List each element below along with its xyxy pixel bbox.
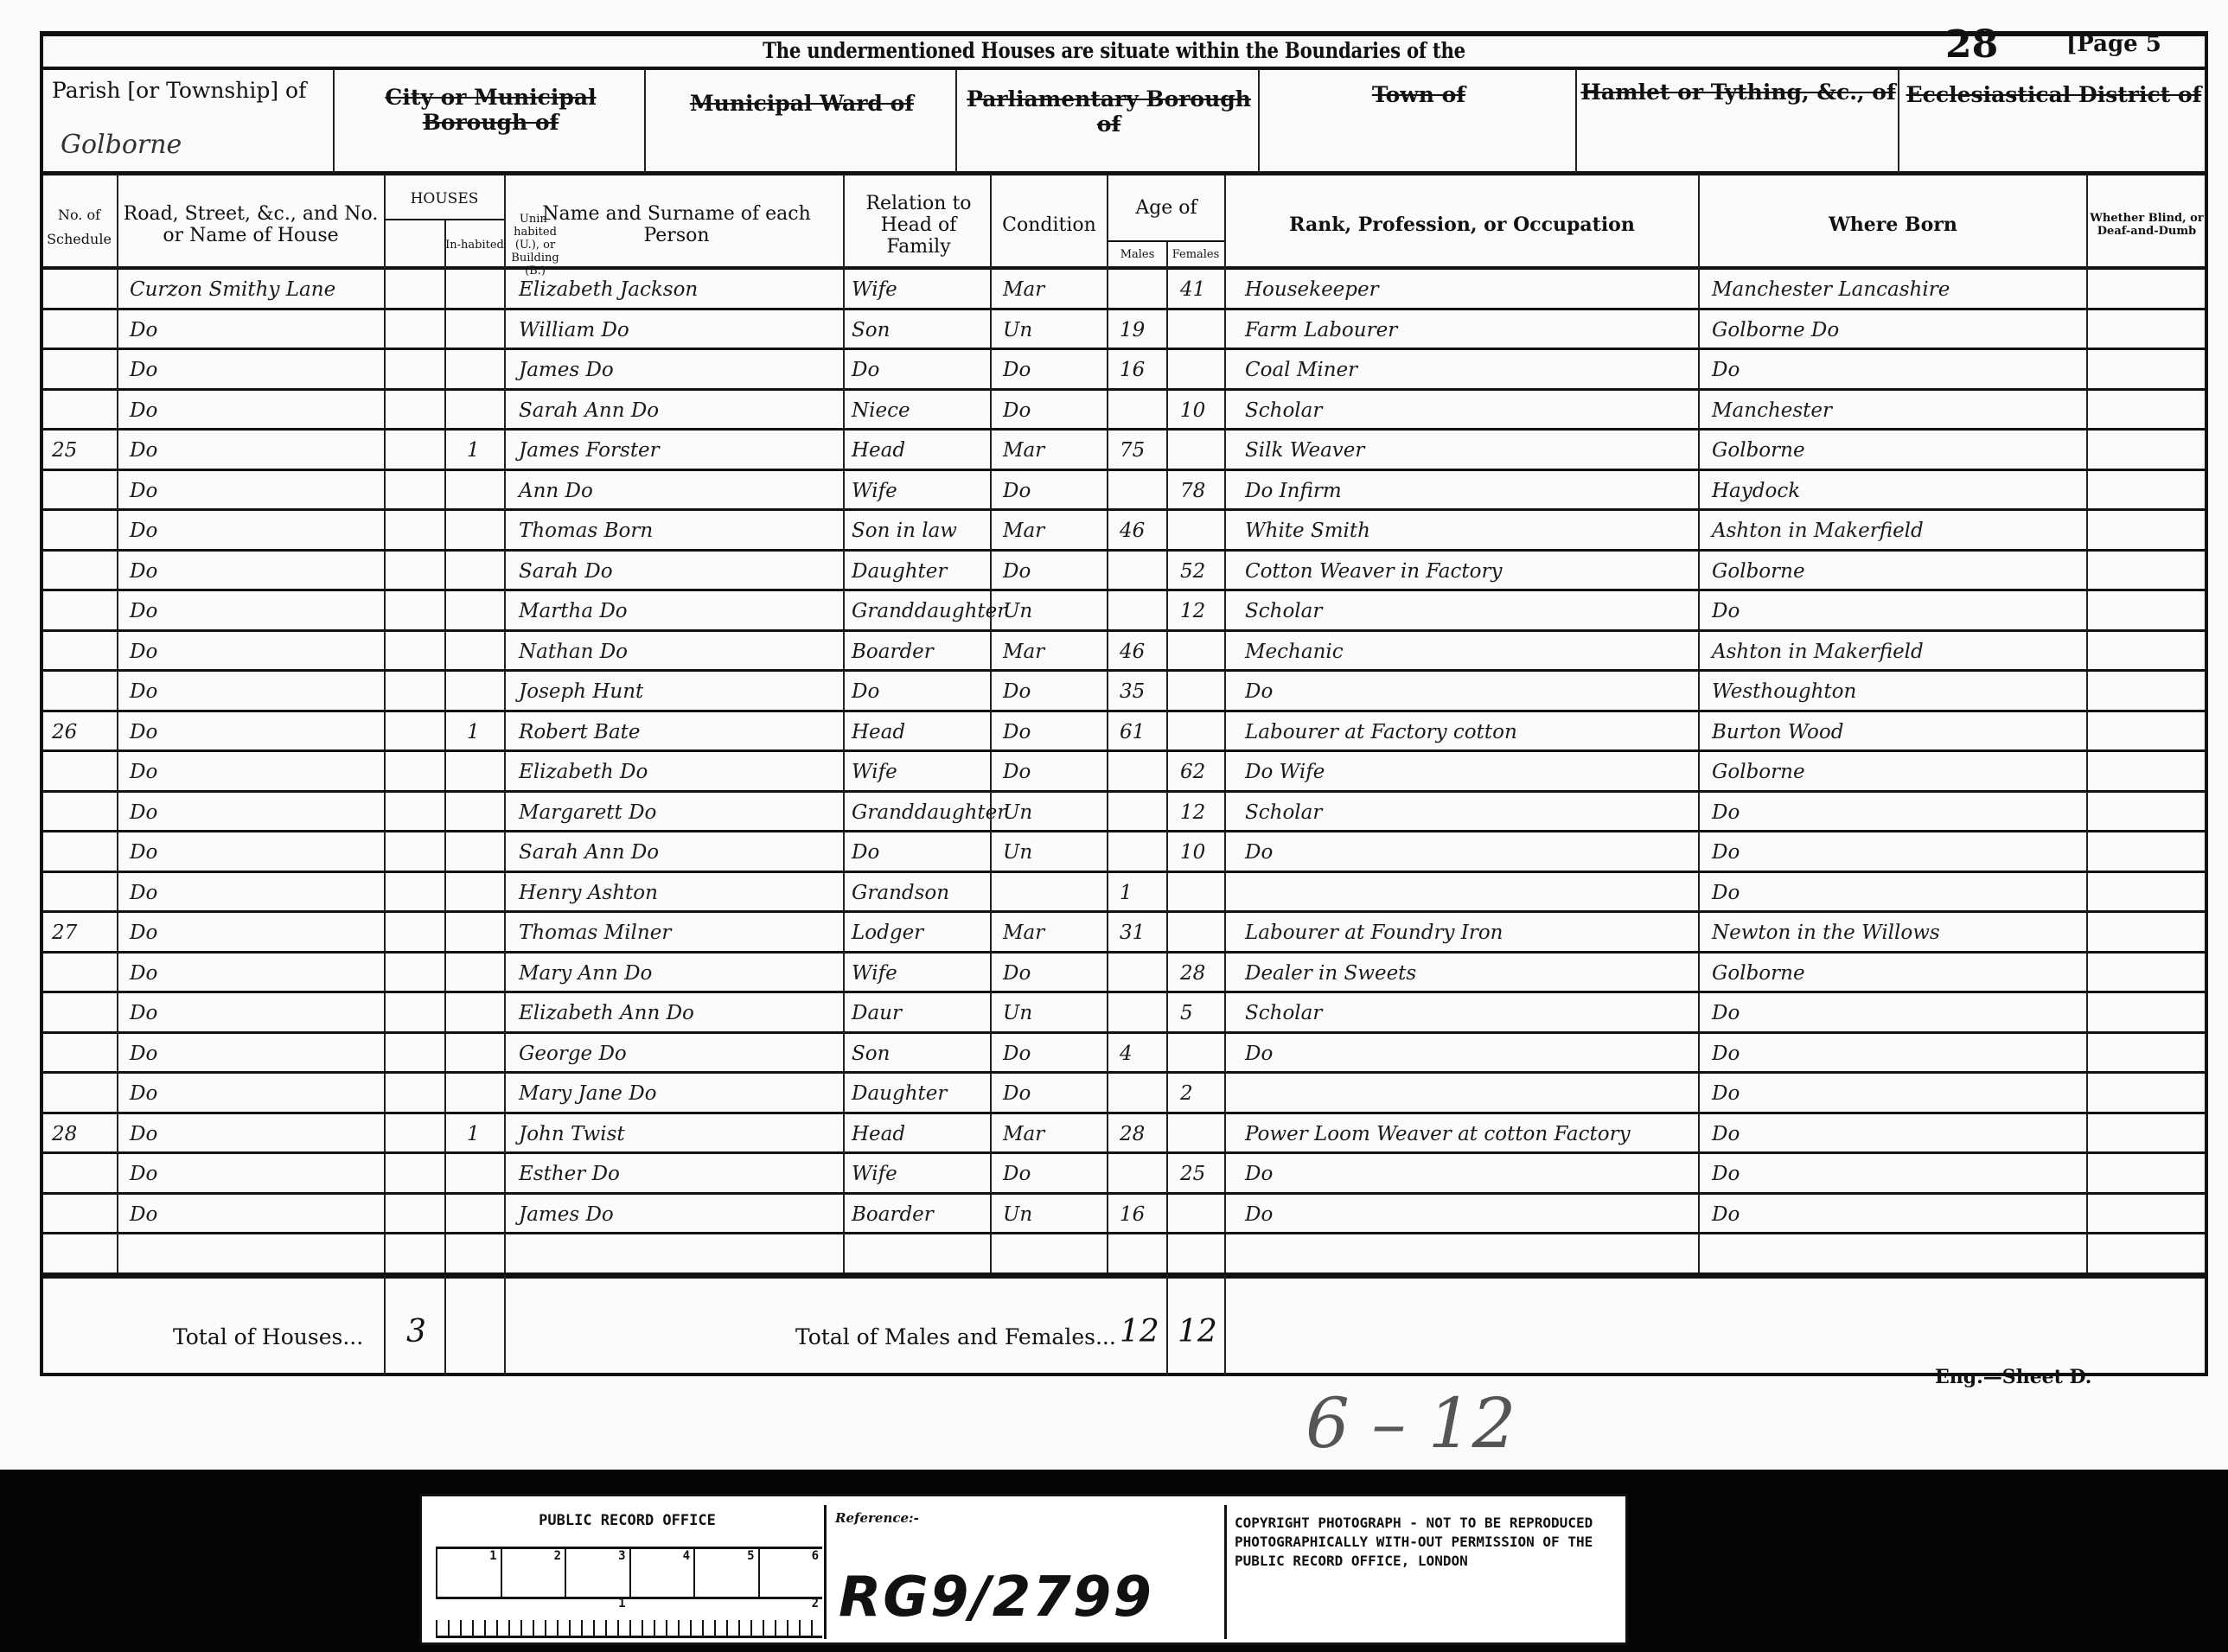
occupation-cell: Scholar [1245,801,1322,824]
row-rule [43,308,2205,310]
relation-cell: Niece [852,399,910,422]
relation-cell: Do [852,359,879,381]
road-cell: Do [130,1203,157,1226]
birthplace-cell: Manchester Lancashire [1712,278,1950,301]
relation-cell: Son [852,319,890,341]
road-cell: Do [130,1002,157,1024]
person-name: James Forster [519,439,660,462]
birthplace-cell: Golborne [1712,560,1805,583]
birthplace-cell: Do [1712,1203,1740,1226]
occupation-cell: Farm Labourer [1245,319,1397,341]
relation-cell: Do [852,841,879,864]
male-age: 46 [1120,520,1145,542]
town-label: Town of [1262,82,1575,107]
person-name: James Do [519,359,614,381]
ruler-bottom: 1 2 [436,1597,822,1638]
col-divider [1166,242,1168,1375]
office-name: PUBLIC RECORD OFFICE [431,1512,824,1529]
divider [40,266,2208,270]
row-rule [43,669,2205,672]
relation-cell: Son in law [852,520,957,542]
occupation-cell: Do Wife [1245,761,1325,783]
relation-cell: Grandson [852,882,949,904]
parliamentary-borough-label: Parliamentary Borough of [960,86,1258,137]
road-cell: Do [130,680,157,703]
female-age: 25 [1180,1163,1205,1185]
col-name-header: Name and Surname of each Person [510,186,843,264]
row-rule [43,589,2205,591]
parish-value: Golborne [61,130,182,160]
birthplace-cell: Golborne [1712,962,1805,985]
condition-cell: Mar [1003,520,1044,542]
divider [955,69,957,173]
ruler-mark: 2 [501,1549,565,1597]
occupation-cell: Coal Miner [1245,359,1357,381]
birthplace-cell: Do [1712,801,1740,824]
female-age: 10 [1180,399,1205,422]
person-name: Joseph Hunt [519,680,643,703]
row-rule [43,910,2205,913]
row-rule [43,388,2205,391]
col-divider [1698,175,1700,1275]
total-males-value: 12 [1120,1314,1159,1349]
row-rule [43,469,2205,471]
col-divider [504,175,506,1375]
relation-cell: Granddaughter [852,600,1006,622]
female-age: 78 [1180,480,1205,502]
row-rule [43,830,2205,832]
folio-number: 28 [1945,22,1998,67]
total-houses-label: Total of Houses... [173,1324,363,1349]
row-rule [43,629,2205,632]
divider [40,171,2208,175]
relation-cell: Daughter [852,560,947,583]
person-name: Elizabeth Do [519,761,648,783]
road-cell: Do [130,399,157,422]
road-cell: Do [130,600,157,622]
road-cell: Do [130,761,157,783]
row-rule [43,508,2205,511]
road-cell: Do [130,1163,157,1185]
occupation-cell: Labourer at Factory cotton [1245,721,1517,743]
schedule-number: 28 [52,1123,77,1145]
row-rule [43,710,2205,712]
person-name: Elizabeth Jackson [519,278,698,301]
condition-cell: Do [1003,680,1031,703]
pro-section: PUBLIC RECORD OFFICE 1 2 3 4 5 6 1 2 [431,1505,827,1639]
col-age-header: Age of [1108,177,1224,238]
road-cell: Do [130,560,157,583]
birthplace-cell: Golborne [1712,761,1805,783]
birthplace-cell: Do [1712,600,1740,622]
divider [40,67,2208,70]
col-divider [1224,175,1226,1375]
condition-cell: Mar [1003,641,1044,663]
col-divider [117,175,118,1275]
male-age: 16 [1120,359,1145,381]
divider [1575,69,1577,173]
person-name: Sarah Do [519,560,613,583]
female-age: 12 [1180,801,1205,824]
ruler-mark: 5 [693,1549,758,1597]
row-rule [43,790,2205,793]
parish-label: Parish [or Township] of [43,78,342,103]
person-name: Robert Bate [519,721,641,743]
row-rule [43,1272,2205,1275]
relation-cell: Do [852,680,879,703]
condition-cell: Do [1003,560,1031,583]
relation-cell: Lodger [852,922,923,944]
female-age: 62 [1180,761,1205,783]
occupation-cell: Do [1245,1203,1273,1226]
birthplace-cell: Ashton in Makerfield [1712,520,1924,542]
col-relation-header: Relation to Head of Family [847,186,990,264]
total-females-value: 12 [1178,1314,1217,1349]
relation-cell: Daur [852,1002,902,1024]
road-cell: Do [130,882,157,904]
schedule-number: 26 [52,721,77,743]
hamlet-label: Hamlet or Tything, &c., of [1579,80,1898,105]
occupation-cell: Silk Weaver [1245,439,1364,462]
male-age: 19 [1120,319,1145,341]
birthplace-cell: Do [1712,1163,1740,1185]
person-name: Margarett Do [519,801,656,824]
condition-cell: Mar [1003,1123,1044,1145]
reference-value: RG9/2799 [839,1566,1153,1630]
birthplace-cell: Golborne Do [1712,319,1839,341]
road-cell: Do [130,922,157,944]
reference-section: Reference:- RG9/2799 [828,1505,1227,1639]
condition-cell: Un [1003,600,1032,622]
col-divider [990,175,992,1275]
relation-cell: Wife [852,278,897,301]
relation-cell: Head [852,721,905,743]
condition-cell: Do [1003,1163,1031,1185]
divider [384,219,504,220]
ward-label: Municipal Ward of [648,91,955,116]
condition-cell: Un [1003,801,1032,824]
female-age: 52 [1180,560,1205,583]
road-cell: Do [130,1043,157,1065]
occupation-cell: Scholar [1245,399,1322,422]
road-cell: Do [130,1123,157,1145]
male-age: 28 [1120,1123,1145,1145]
person-name: Nathan Do [519,641,628,663]
road-cell: Do [130,641,157,663]
male-age: 31 [1120,922,1145,944]
female-age: 10 [1180,841,1205,864]
divider [1107,240,1224,242]
col-divider [1107,175,1108,1275]
census-sheet: The undermentioned Houses are situate wi… [0,0,2228,1487]
col-born-header: Where Born [1700,186,2086,264]
row-rule [43,749,2205,752]
occupation-cell: Labourer at Foundry Iron [1245,922,1503,944]
col-divider [444,220,446,1375]
condition-cell: Mar [1003,439,1044,462]
person-name: George Do [519,1043,627,1065]
person-name: Henry Ashton [519,882,658,904]
schedule-number: 25 [52,439,77,462]
ruler-mark: 6 [758,1549,823,1597]
row-rule [43,1151,2205,1154]
condition-cell: Do [1003,359,1031,381]
inhabited-cell: 1 [467,721,480,743]
occupation-cell: Housekeeper [1245,278,1379,301]
person-name: Esther Do [519,1163,620,1185]
row-rule [43,991,2205,993]
birthplace-cell: Do [1712,841,1740,864]
birthplace-cell: Do [1712,882,1740,904]
person-name: Martha Do [519,600,628,622]
relation-cell: Boarder [852,641,934,663]
row-rule [43,1071,2205,1074]
person-name: James Do [519,1203,614,1226]
row-rule [43,348,2205,350]
relation-cell: Daughter [852,1082,947,1105]
male-age: 75 [1120,439,1145,462]
female-age: 5 [1180,1002,1193,1024]
condition-cell: Do [1003,399,1031,422]
occupation-cell: Do [1245,1163,1273,1185]
condition-cell: Un [1003,319,1032,341]
col-houses-header: HOUSES [386,182,503,216]
occupation-cell: Mechanic [1245,641,1344,663]
col-divider [2086,175,2088,1275]
row-rule [43,871,2205,873]
sheet-title: The undermentioned Houses are situate wi… [167,38,2060,63]
divider [644,69,646,173]
page-label: [Page 5 [2066,31,2161,57]
col-divider [843,175,845,1275]
road-cell: Do [130,520,157,542]
birthplace-cell: Do [1712,1123,1740,1145]
total-houses-value: 3 [406,1314,426,1349]
occupation-cell: Do [1245,680,1273,703]
birthplace-cell: Do [1712,359,1740,381]
relation-cell: Granddaughter [852,801,1006,824]
col-condition-header: Condition [992,186,1107,264]
condition-cell: Do [1003,1082,1031,1105]
occupation-cell: Dealer in Sweets [1245,962,1416,985]
road-cell: Do [130,962,157,985]
road-cell: Curzon Smithy Lane [130,278,335,301]
row-rule [43,1112,2205,1114]
ruler-mark: 4 [629,1549,694,1597]
person-name: Thomas Milner [519,922,671,944]
person-name: Ann Do [519,480,593,502]
road-cell: Do [130,439,157,462]
row-rule [43,1232,2205,1234]
occupation-cell: White Smith [1245,520,1370,542]
col-females-header: Females [1167,244,1224,265]
occupation-cell: Scholar [1245,600,1322,622]
birthplace-cell: Manchester [1712,399,1832,422]
person-name: Mary Jane Do [519,1082,657,1105]
condition-cell: Un [1003,1002,1032,1024]
row-rule [43,951,2205,954]
borough-label: City or Municipal Borough of [337,85,644,135]
relation-cell: Wife [852,480,897,502]
person-name: William Do [519,319,629,341]
condition-cell: Do [1003,721,1031,743]
occupation-cell: Cotton Weaver in Factory [1245,560,1502,583]
birthplace-cell: Newton in the Willows [1712,922,1940,944]
row-rule [43,1031,2205,1034]
birthplace-cell: Westhoughton [1712,680,1856,703]
ecclesiastical-district-label: Ecclesiastical District of [1900,82,2207,107]
male-age: 61 [1120,721,1145,743]
col-blind-header: Whether Blind, or Deaf-and-Dumb [2088,186,2206,264]
relation-cell: Head [852,1123,905,1145]
inhabited-cell: 1 [467,1123,480,1145]
road-cell: Do [130,359,157,381]
row-rule [43,549,2205,552]
row-rule [43,1192,2205,1195]
male-age: 46 [1120,641,1145,663]
col-schedule-header: No. of Schedule [41,186,117,268]
occupation-cell: Scholar [1245,1002,1322,1024]
relation-cell: Wife [852,761,897,783]
condition-cell: Do [1003,480,1031,502]
person-name: Sarah Ann Do [519,399,659,422]
sheet-form-note: Eng.—Sheet D. [1935,1366,2091,1388]
birthplace-cell: Do [1712,1082,1740,1105]
birthplace-cell: Haydock [1712,480,1800,502]
relation-cell: Boarder [852,1203,934,1226]
col-divider [384,175,386,1375]
relation-cell: Wife [852,962,897,985]
road-cell: Do [130,841,157,864]
male-age: 16 [1120,1203,1145,1226]
birthplace-cell: Golborne [1712,439,1805,462]
divider [1898,69,1899,173]
occupation-cell: Do [1245,841,1273,864]
birthplace-cell: Do [1712,1043,1740,1065]
pro-reference-label: PUBLIC RECORD OFFICE 1 2 3 4 5 6 1 2 Ref… [419,1494,1628,1645]
condition-cell: Un [1003,841,1032,864]
inhabited-cell: 1 [467,439,480,462]
female-age: 12 [1180,600,1205,622]
birthplace-cell: Burton Wood [1712,721,1843,743]
copyright-notice: COPYRIGHT PHOTOGRAPH - NOT TO BE REPRODU… [1235,1514,1615,1571]
condition-cell: Mar [1003,922,1044,944]
road-cell: Do [130,1082,157,1105]
person-name: Sarah Ann Do [519,841,659,864]
divider [1258,69,1260,173]
male-age: 4 [1120,1043,1133,1065]
col-occupation-header: Rank, Profession, or Occupation [1226,186,1698,264]
condition-cell: Un [1003,1203,1032,1226]
condition-cell: Mar [1003,278,1044,301]
row-rule [43,428,2205,431]
condition-cell: Do [1003,1043,1031,1065]
birthplace-cell: Ashton in Makerfield [1712,641,1924,663]
ruler-mark: 1 [436,1549,501,1597]
person-name: Mary Ann Do [519,962,652,985]
occupation-cell: Do [1245,1043,1273,1065]
ruler-top: 1 2 3 4 5 6 [436,1547,822,1599]
pencil-annotation: 6 – 12 [1306,1383,1516,1464]
ruler-mark: 1 [436,1597,629,1636]
col-males-header: Males [1108,244,1166,265]
ruler-mark: 2 [629,1597,823,1636]
col-road-header: Road, Street, &c., and No. or Name of Ho… [121,186,380,264]
relation-cell: Head [852,439,905,462]
road-cell: Do [130,480,157,502]
road-cell: Do [130,801,157,824]
schedule-number: 27 [52,922,77,944]
road-cell: Do [130,721,157,743]
female-age: 2 [1180,1082,1193,1105]
male-age: 1 [1120,882,1133,904]
total-persons-label: Total of Males and Females... [795,1324,1116,1349]
male-age: 35 [1120,680,1145,703]
relation-cell: Wife [852,1163,897,1185]
reference-label: Reference:- [835,1510,919,1526]
person-name: John Twist [519,1123,625,1145]
ruler-mark: 3 [565,1549,629,1597]
occupation-cell: Do Infirm [1245,480,1342,502]
road-cell: Do [130,319,157,341]
person-name: Thomas Born [519,520,653,542]
col-inhabited-header: In-habited [445,223,504,266]
relation-cell: Son [852,1043,890,1065]
condition-cell: Do [1003,761,1031,783]
condition-cell: Do [1003,962,1031,985]
occupation-cell: Power Loom Weaver at cotton Factory [1245,1123,1631,1145]
birthplace-cell: Do [1712,1002,1740,1024]
person-name: Elizabeth Ann Do [519,1002,694,1024]
female-age: 28 [1180,962,1205,985]
female-age: 41 [1180,278,1205,301]
